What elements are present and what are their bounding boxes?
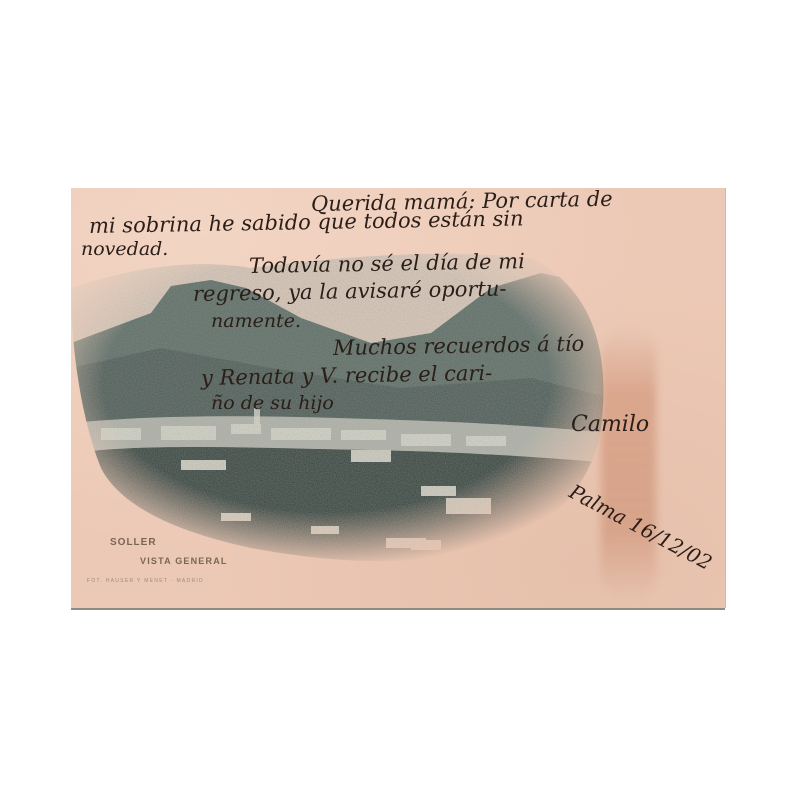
message-line: novedad. (81, 238, 168, 260)
message-line: Muchos recuerdos á tío (333, 332, 585, 360)
message-line: y Renata y V. recibe el cari- (201, 361, 493, 390)
signature: Camilo (571, 412, 649, 437)
message-line: Todavía no sé el día de mi (249, 249, 525, 278)
message-line: ño de su hijo (211, 392, 334, 414)
caption-subtitle: VISTA GENERAL (140, 556, 228, 566)
caption-title: SOLLER (110, 537, 157, 548)
message-line: namente. (211, 310, 301, 332)
printer-credit: FOT. HAUSER Y MENET - MADRID (87, 578, 204, 584)
postcard: SOLLER VISTA GENERAL FOT. HAUSER Y MENET… (71, 188, 725, 608)
